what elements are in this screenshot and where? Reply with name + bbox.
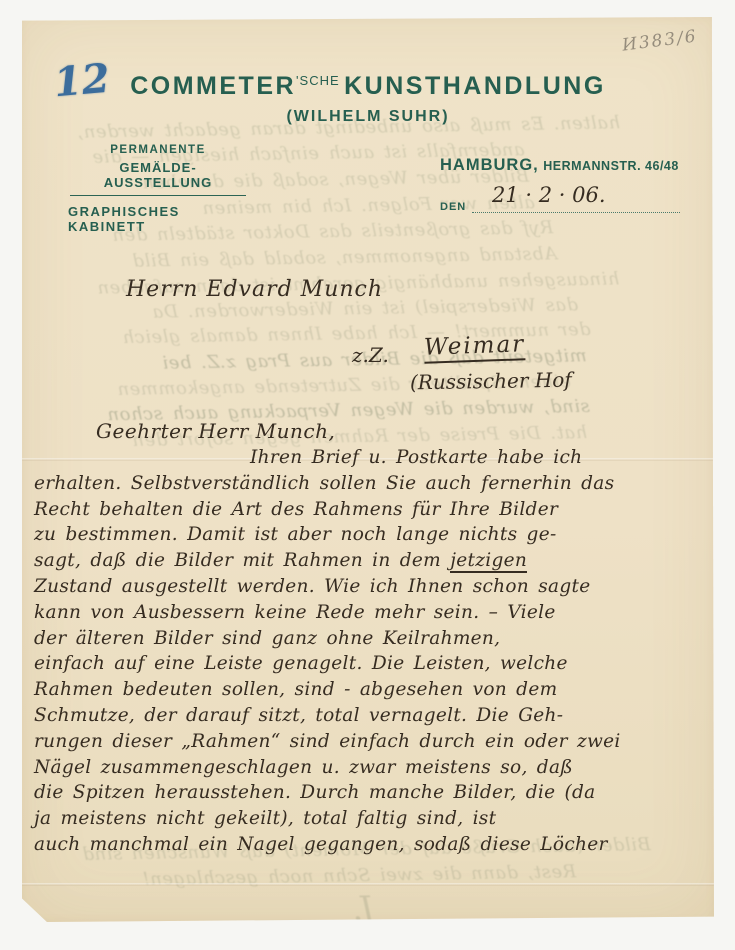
date-label: DEN	[440, 201, 466, 213]
proprietor-name: (WILHELM SUHR)	[22, 108, 714, 126]
bleedthrough-flourish: J.	[352, 889, 376, 929]
company-name: COMMETER'SCHE KUNSTHANDLUNG	[22, 72, 714, 101]
body-line: Ihren Brief u. Postkarte habe ich	[34, 445, 710, 471]
recipient-zz: z.Z.	[352, 343, 389, 367]
recipient-hotel: (Russischer Hof	[410, 368, 572, 395]
company-main: COMMETER	[130, 72, 296, 100]
body-line: der älteren Bilder sind ganz ohne Keilra…	[34, 626, 710, 652]
fold-crease	[22, 883, 714, 886]
letterhead-line-permanente: PERMANENTE	[68, 144, 248, 156]
body-text: sagt, daß die Bilder mit Rahmen in dem	[34, 550, 450, 571]
company-suffix: 'SCHE	[296, 73, 340, 88]
body-line: rungen dieser „Rahmen“ sind einfach durc…	[34, 729, 710, 755]
address-line: HAMBURG, HERMANNSTR. 46/48	[440, 156, 680, 175]
body-line: einfach auf eine Leiste genagelt. Die Le…	[34, 651, 710, 677]
company-tail: KUNSTHANDLUNG	[344, 72, 606, 100]
body-line: Zustand ausgestellt werden. Wie ich Ihne…	[34, 574, 710, 600]
body-line: kann von Ausbessern keine Rede mehr sein…	[34, 600, 710, 626]
letterhead-line-gemaelde: GEMÄLDE-AUSSTELLUNG	[68, 160, 248, 190]
letterhead-divider	[70, 195, 246, 196]
handwritten-date: 21 · 2 · 06.	[492, 183, 606, 207]
letterhead-left-block: PERMANENTE GEMÄLDE-AUSSTELLUNG GRAPHISCH…	[68, 144, 248, 234]
salutation: Geehrter Herr Munch,	[96, 419, 335, 443]
letter-body: Ihren Brief u. Postkarte habe ich erhalt…	[34, 445, 710, 858]
catalog-number-pencil: И383/6	[621, 26, 699, 55]
body-line: auch manchmal ein Nagel gegangen, sodaß …	[34, 832, 710, 858]
body-line: zu bestimmen. Damit ist aber noch lange …	[34, 522, 710, 548]
recipient-name: Herrn Edvard Munch	[126, 277, 383, 302]
body-line-with-underline: sagt, daß die Bilder mit Rahmen in dem j…	[34, 548, 710, 574]
body-line: Schmutze, der darauf sitzt, total vernag…	[34, 703, 710, 729]
body-line: ja meistens nicht gekeilt), total faltig…	[34, 806, 710, 832]
body-line: Nägel zusammengeschlagen u. zwar meisten…	[34, 755, 710, 781]
body-line: Recht behalten die Art des Rahmens für I…	[34, 497, 710, 523]
letterhead-title: COMMETER'SCHE KUNSTHANDLUNG (WILHELM SUH…	[22, 72, 714, 126]
body-line: erhalten. Selbstverständlich sollen Sie …	[34, 471, 710, 497]
letter-page: halten. Es muß also unbedingt daran geda…	[22, 17, 714, 922]
date-row: DEN 21 · 2 · 06.	[440, 191, 680, 213]
city-label: HAMBURG,	[440, 156, 539, 174]
body-line: die Spitzen herausstehen. Durch manche B…	[34, 780, 710, 806]
letterhead-line-graphisches: GRAPHISCHES KABINETT	[68, 204, 248, 234]
street-label: HERMANNSTR. 46/48	[543, 159, 679, 173]
bleedthrough-text: Abstand angenommen, sobald daß ein Bild	[132, 243, 557, 271]
body-line: Rahmen bedeuten sollen, sind - abgesehen…	[34, 677, 710, 703]
underlined-word: jetzigen	[450, 550, 527, 573]
recipient-city: Weimar	[424, 331, 526, 364]
letterhead-right-block: HAMBURG, HERMANNSTR. 46/48 DEN 21 · 2 · …	[440, 156, 680, 213]
